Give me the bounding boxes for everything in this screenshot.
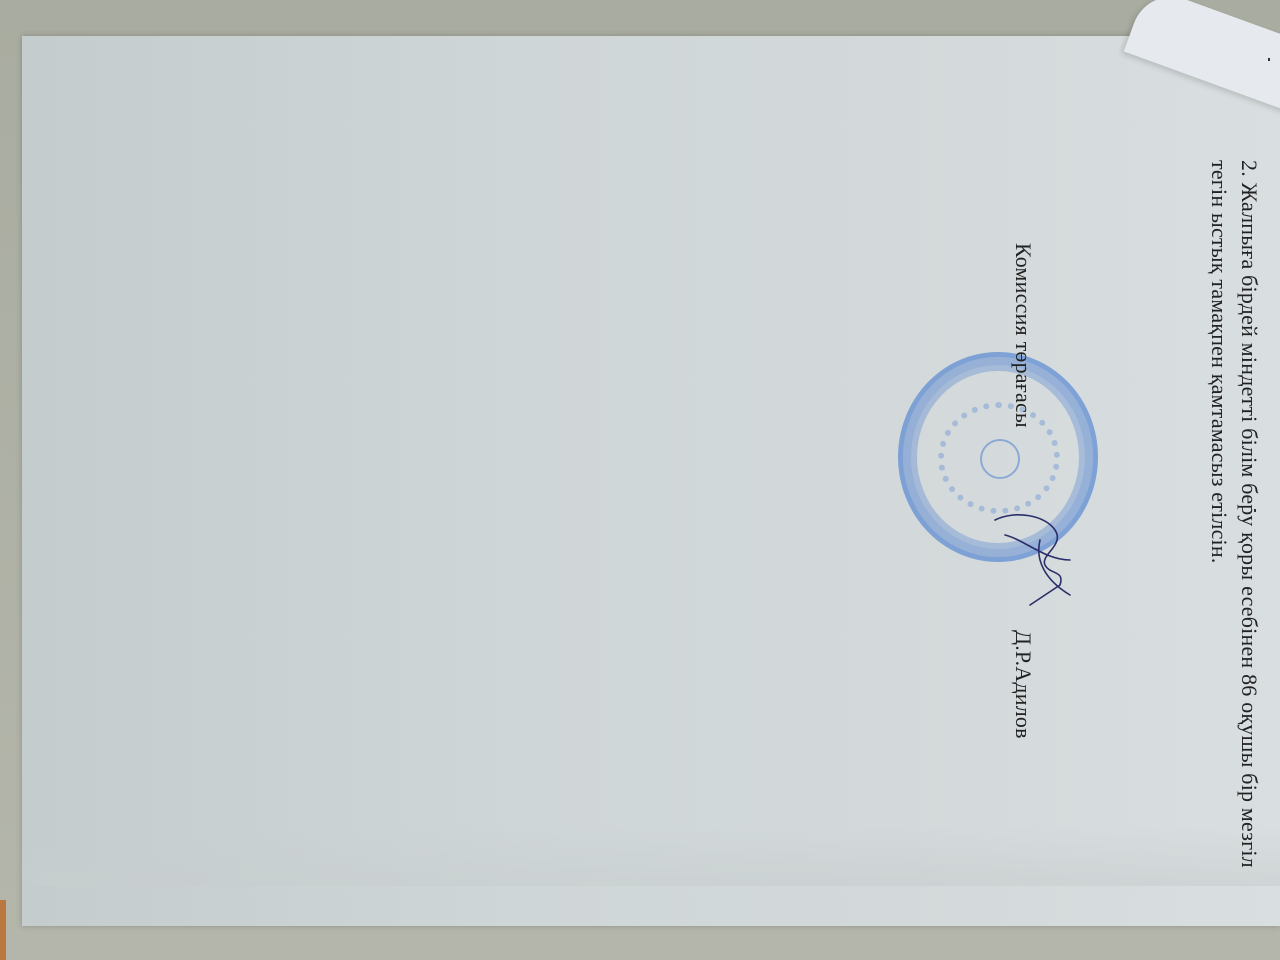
paragraph-line-1: 2. Жалпыға бірдей міндетті білім беру қо… [1236,160,1262,868]
signatory-name: Д.Р.Адилов [1010,630,1036,739]
page-shadow [22,826,1280,886]
wooden-edge [0,900,6,960]
handwritten-signature [985,500,1075,610]
paragraph-line-2: тегін ыстық тамақпен қамтамасыз етілсін. [1206,160,1232,564]
stamp-center-icon [980,439,1020,479]
signature-title: Комиссия төрағасы [1010,243,1036,428]
ink-speck [1268,58,1270,61]
ink-speck [1254,509,1256,512]
